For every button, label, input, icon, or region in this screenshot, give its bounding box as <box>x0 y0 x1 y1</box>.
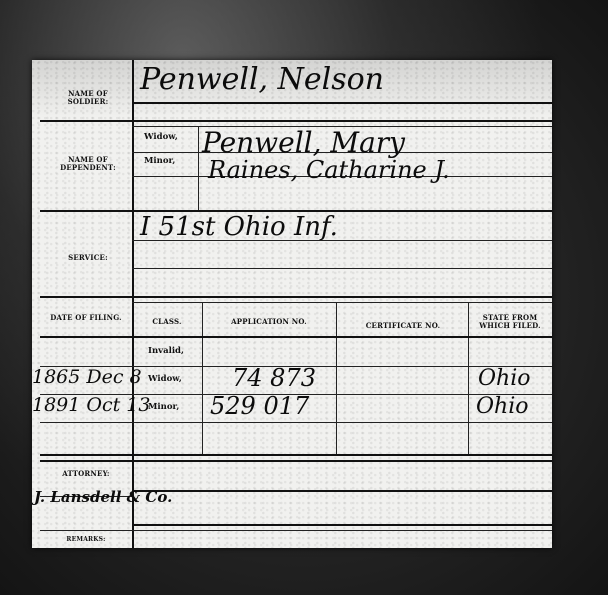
divider <box>40 296 552 298</box>
header-class: CLASS. <box>136 318 198 326</box>
divider <box>40 120 552 122</box>
header-certificate-no: CERTIFICATE NO. <box>338 322 468 330</box>
divider <box>40 454 552 456</box>
dependent-type-widow: Widow, <box>144 132 178 142</box>
pension-index-card: NAME OF SOLDIER: Penwell, Nelson NAME OF… <box>32 60 552 548</box>
class-invalid: Invalid, <box>148 346 184 356</box>
label-remarks: REMARKS: <box>46 536 126 544</box>
filing-date: 1891 Oct 13 <box>32 394 150 416</box>
divider <box>202 302 203 454</box>
class-minor: Minor, <box>148 402 179 412</box>
header-date-of-filing: DATE OF FILING. <box>42 314 130 322</box>
label-column-divider <box>132 60 134 548</box>
divider <box>336 302 337 454</box>
divider <box>40 336 552 338</box>
attorney-annotation: J. Lansdell & Co. <box>34 488 172 506</box>
soldier-name: Penwell, Nelson <box>140 62 384 97</box>
divider <box>132 524 552 526</box>
divider <box>132 240 552 241</box>
dependent-type-minor: Minor, <box>144 156 175 166</box>
divider <box>132 268 552 269</box>
label-name-of-dependent: NAME OF DEPENDENT: <box>50 156 126 172</box>
application-no: 529 017 <box>210 392 309 420</box>
header-state-from-which-filed: STATE FROM WHICH FILED. <box>472 314 548 330</box>
divider <box>40 460 552 462</box>
filing-date: 1865 Dec 8 <box>32 366 142 388</box>
class-widow: Widow, <box>148 374 182 384</box>
label-attorney: ATTORNEY: <box>46 470 126 478</box>
divider <box>132 102 552 104</box>
divider <box>468 302 469 454</box>
divider <box>132 490 552 492</box>
state-filed: Ohio <box>478 366 531 391</box>
service-value: I 51st Ohio Inf. <box>140 212 338 242</box>
divider <box>132 302 552 303</box>
label-name-of-soldier: NAME OF SOLDIER: <box>50 90 126 106</box>
label-service: SERVICE: <box>50 254 126 262</box>
application-no: 74 873 <box>232 364 316 392</box>
divider <box>40 530 552 531</box>
divider <box>40 422 552 423</box>
divider <box>198 126 199 210</box>
widow-name: Penwell, Mary <box>202 126 405 159</box>
header-application-no: APPLICATION NO. <box>204 318 334 326</box>
state-filed: Ohio <box>476 394 529 419</box>
minor-name: Raines, Catharine J. <box>208 156 450 184</box>
